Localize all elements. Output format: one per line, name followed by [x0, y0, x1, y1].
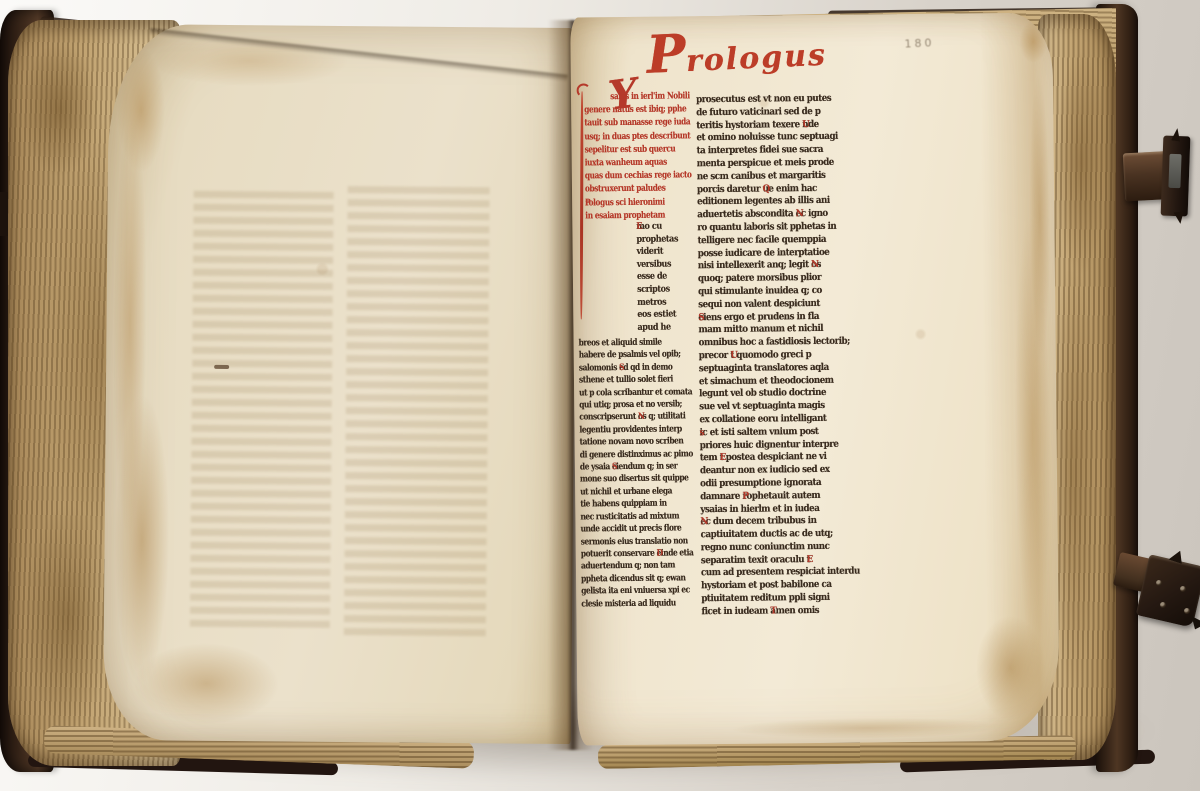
- text-line: ppheta dicendus sit q; ewan: [581, 572, 687, 586]
- text-line: potuerit conservare Deinde etia: [581, 547, 687, 561]
- text-line: ficet in iudeam Tamen omis: [701, 604, 866, 619]
- clasp-rivet: [1180, 586, 1186, 592]
- text-line: de ysaia Sciendum q; in ser: [580, 460, 686, 474]
- text-line: scriptos: [637, 283, 691, 296]
- red-capital: N: [811, 259, 819, 272]
- text-line: ut p cola scribantur et comata: [579, 386, 685, 400]
- clasp-rivet: [1160, 602, 1166, 608]
- text-line: aduertendum q; non tam: [581, 560, 687, 574]
- text-line: metros: [637, 296, 691, 309]
- text-line: gelista ita eni vniuersa xpi ec: [581, 584, 687, 598]
- prologus-heading: Prologus: [645, 22, 827, 82]
- text-line: apud he: [637, 321, 691, 334]
- text-line: habere de psalmis vel opib;: [579, 349, 685, 363]
- red-capital: T: [770, 605, 776, 618]
- text-line: clesie misteria ad liquidu: [581, 597, 687, 611]
- red-capital: U: [802, 119, 809, 132]
- clasp-upper: [1124, 128, 1200, 224]
- red-capital: E: [636, 221, 642, 234]
- left-column-text: breos et aliquid similehabere de psalmis…: [579, 336, 706, 610]
- text-line: legentiu providentes interp: [579, 423, 685, 437]
- text-line: qui utiq; prosa et no versib;: [579, 398, 685, 412]
- folio-number: 180: [904, 37, 934, 49]
- ink-bleedthrough-column: [344, 186, 490, 637]
- clasp-rivet: [1156, 580, 1162, 586]
- clasp-hook: [1174, 212, 1185, 225]
- text-line: obstruxerunt paludes: [585, 183, 677, 197]
- red-capital: s: [699, 427, 704, 440]
- red-capital: E: [720, 452, 726, 465]
- left-page: [103, 24, 577, 744]
- text-line: breos et aliquid simile: [579, 336, 685, 350]
- text-line: saias in ierl'im Nobili: [584, 90, 676, 104]
- text-line: Emo cu: [636, 220, 690, 233]
- red-capital: U: [730, 350, 737, 363]
- red-capital: N: [700, 516, 708, 529]
- text-line: di genere distinximus ac pimo: [580, 448, 686, 462]
- clasp-slot: [1168, 154, 1181, 188]
- text-line: nec rusticitatis ad mixtum: [580, 510, 686, 524]
- red-capital: N: [638, 411, 645, 423]
- red-capital: S: [612, 461, 617, 473]
- text-line: Prologus sci hieronimi: [585, 196, 677, 210]
- text-line: prophetas: [636, 233, 690, 246]
- red-capital: S: [698, 312, 704, 325]
- left-page-stains: [103, 24, 577, 744]
- text-line: tauit sub manasse rege iuda: [584, 117, 676, 131]
- text-line: viderit: [637, 245, 691, 258]
- text-line: salomonis Sed qd in demo: [579, 361, 685, 375]
- right-column-text: prosecutus est vt non eu putesde futuro …: [696, 92, 880, 619]
- text-line: mone suo disertus sit quippe: [580, 473, 686, 487]
- text-line: esse de: [637, 271, 691, 284]
- red-capital: S: [619, 362, 624, 374]
- parchment-flaw: [214, 365, 229, 369]
- red-capital: E: [807, 554, 813, 567]
- text-line: sermonis eius translatio non: [581, 535, 687, 549]
- red-capital: P: [585, 197, 590, 210]
- text-line: iuxta wanheum aquas: [585, 156, 677, 170]
- clasp-lower: [1116, 536, 1200, 652]
- red-capital: P: [742, 490, 748, 503]
- left-column-upper-text: Emo cuprophetasvideritversibusesse descr…: [636, 220, 697, 334]
- text-line: conscripserunt Nos q; utilitati: [579, 411, 685, 425]
- manuscript-book-photo: Prologus 180 Y saias in ierl'im Nobilige…: [0, 0, 1200, 791]
- text-line: sthene et tullio solet fieri: [579, 374, 685, 388]
- text-line: genere natus est ibiq; pphe: [584, 104, 676, 118]
- right-page: Prologus 180 Y saias in ierl'im Nobilige…: [570, 12, 1060, 745]
- ink-bleedthrough-column: [190, 191, 334, 632]
- text-line: usq; in duas ptes describunt: [584, 130, 676, 144]
- rubric-text-block: saias in ierl'im Nobiligenere natus est …: [584, 90, 697, 223]
- text-line: quas dum cechias rege iacto: [585, 170, 677, 184]
- text-line: ut nichil et urbane elega: [580, 485, 686, 499]
- clasp-rivet: [1184, 608, 1190, 614]
- red-capital: N: [796, 208, 804, 221]
- red-capital: Q: [762, 183, 769, 196]
- text-line: unde accidit ut precis flore: [581, 522, 687, 536]
- text-line: tie habens quippiam in: [580, 498, 686, 512]
- text-line: eos estiet: [637, 308, 691, 321]
- text-line: sepelitur est sub quercu: [585, 143, 677, 157]
- text-line: versibus: [637, 258, 691, 271]
- red-capital: D: [656, 548, 662, 560]
- text-line: tatione novam novo scriben: [580, 436, 686, 450]
